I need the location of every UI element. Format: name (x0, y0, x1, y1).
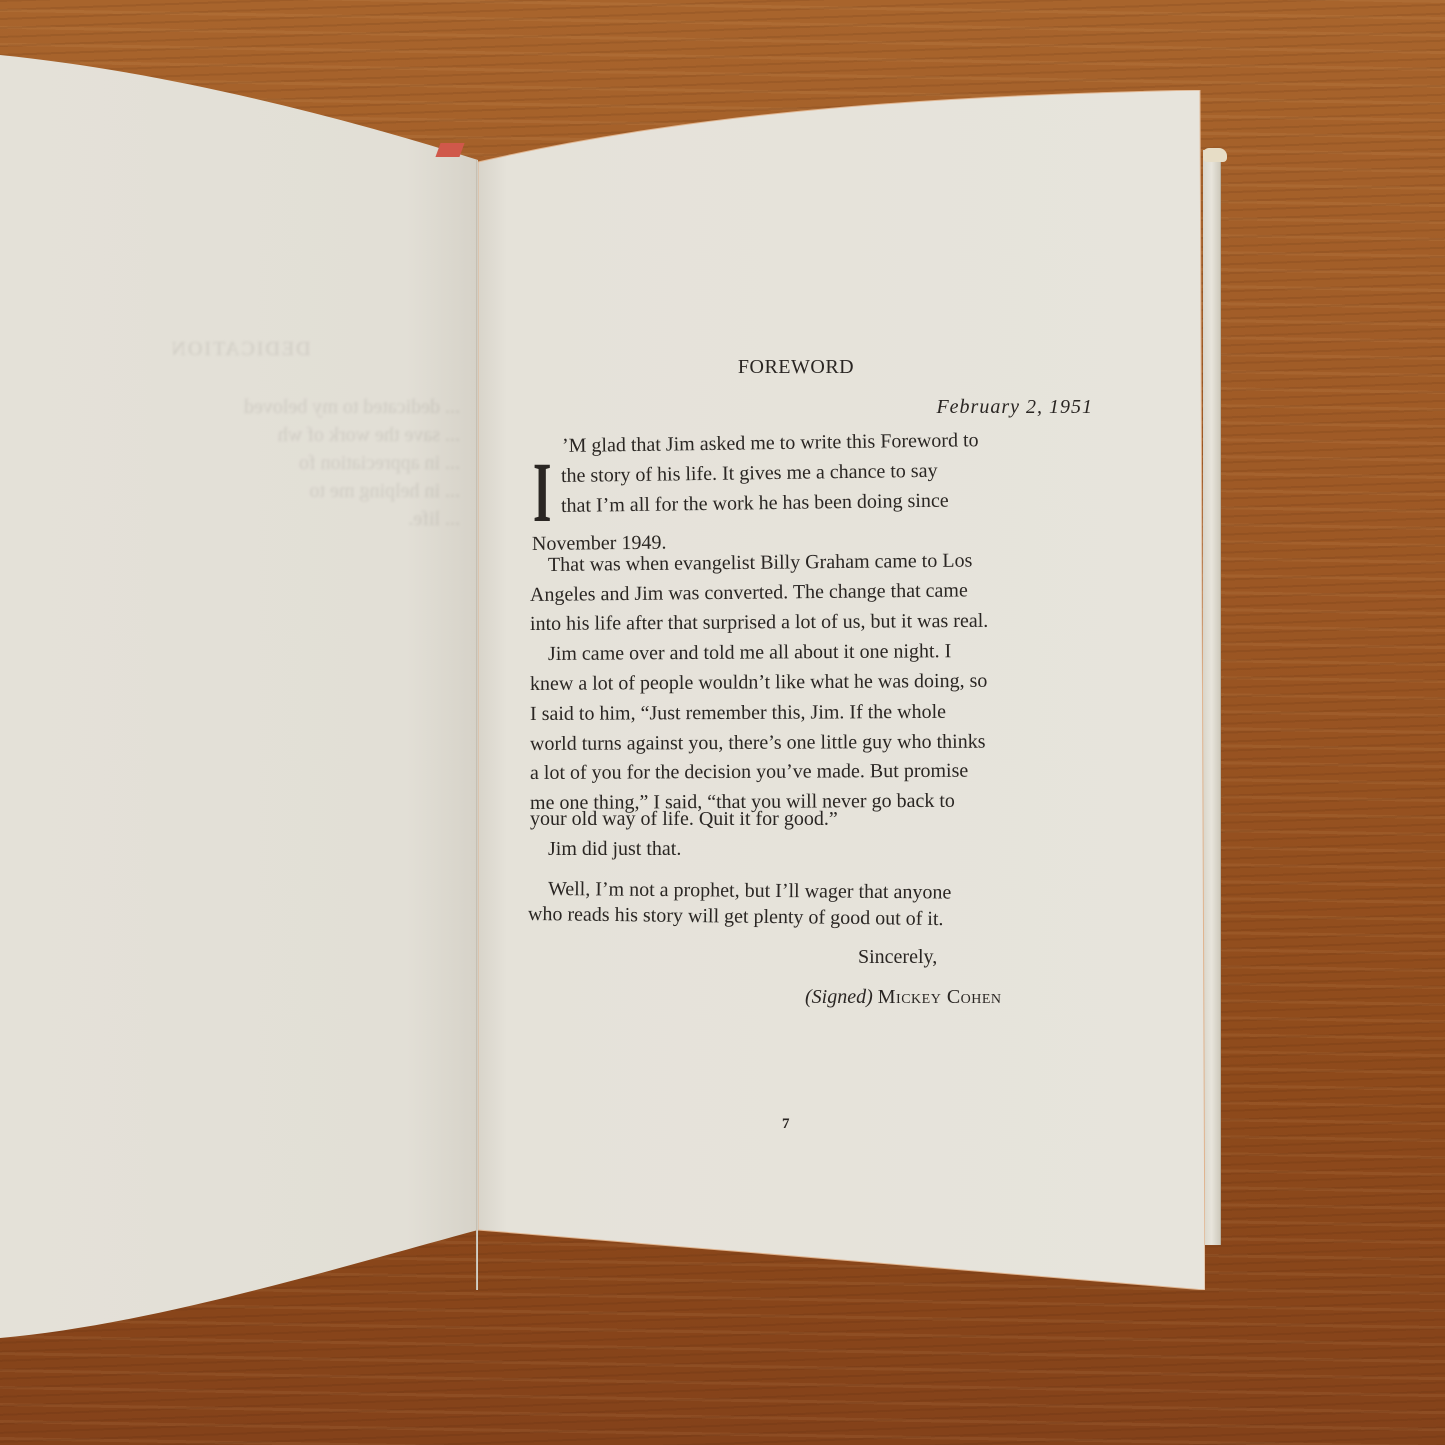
show-through-text: DEDICATION ... dedicated to my beloved .… (20, 335, 460, 533)
page-number: 7 (782, 1116, 790, 1133)
book-cover-edge (1203, 150, 1221, 1245)
worn-cover-corner (1203, 148, 1227, 162)
text-line: Jim did just that. (548, 838, 681, 861)
text-line: world turns against you, there’s one lit… (530, 731, 986, 756)
signature: (Signed) Mickey Cohen (805, 986, 1002, 1009)
signatory-name: Mickey Cohen (878, 986, 1002, 1008)
left-page-shape (0, 0, 478, 1445)
closing-salutation: Sincerely, (858, 946, 937, 969)
text-line: Angeles and Jim was converted. The chang… (530, 579, 968, 607)
text-line: a lot of you for the decision you’ve mad… (530, 760, 968, 785)
text-line: knew a lot of people wouldn’t like what … (530, 670, 987, 696)
drop-cap: I (533, 452, 551, 532)
signed-label: (Signed) (805, 986, 873, 1008)
book-gutter (476, 160, 478, 1290)
text-line: into his life after that surprised a lot… (530, 610, 988, 636)
text-line: Jim came over and told me all about it o… (548, 640, 951, 666)
bookmark-ribbon (435, 143, 464, 157)
page-heading: FOREWORD (528, 356, 1064, 379)
foreword-date: February 2, 1951 (720, 396, 1093, 419)
text-line: Well, I’m not a prophet, but I’ll wager … (548, 878, 951, 905)
text-line: your old way of life. Quit it for good.” (530, 808, 838, 831)
text-line: That was when evangelist Billy Graham ca… (548, 550, 973, 577)
text-line: I said to him, “Just remember this, Jim.… (530, 701, 946, 726)
left-page: DEDICATION ... dedicated to my beloved .… (0, 0, 478, 1445)
